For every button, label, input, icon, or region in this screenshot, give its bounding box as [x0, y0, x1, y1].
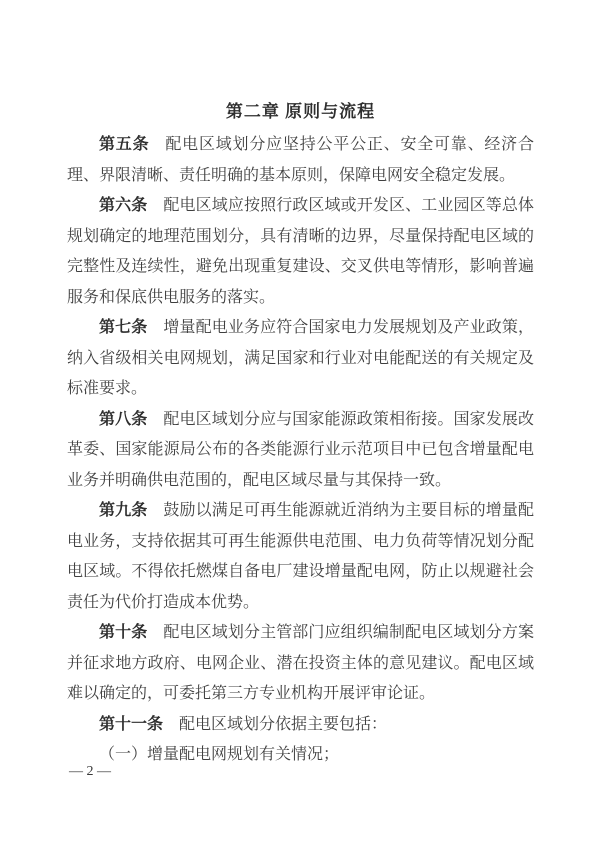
article-11-paragraph: 第十一条配电区域划分依据主要包括： — [67, 710, 534, 741]
article-5-label: 第五条 — [99, 136, 149, 153]
document-page: 第二章 原则与流程 第五条配电区域划分应坚持公平公正、安全可靠、经济合理、界限清… — [0, 0, 608, 855]
clause-item-1: （一）增量配电网规划有关情况； — [67, 740, 534, 771]
article-5-paragraph: 第五条配电区域划分应坚持公平公正、安全可靠、经济合理、界限清晰、责任明确的基本原… — [67, 130, 534, 191]
article-7-label: 第七条 — [99, 319, 147, 336]
document-content: 第二章 原则与流程 第五条配电区域划分应坚持公平公正、安全可靠、经济合理、界限清… — [67, 96, 534, 771]
article-6-label: 第六条 — [99, 197, 147, 214]
article-9-paragraph: 第九条鼓励以满足可再生能源就近消纳为主要目标的增量配电业务，支持依据其可再生能源… — [67, 496, 534, 618]
article-8-paragraph: 第八条配电区域划分应与国家能源政策相衔接。国家发展改革委、国家能源局公布的各类能… — [67, 405, 534, 497]
article-6-paragraph: 第六条配电区域应按照行政区域或开发区、工业园区等总体规划确定的地理范围划分，具有… — [67, 191, 534, 313]
chapter-title: 第二章 原则与流程 — [67, 96, 534, 128]
page-number: — 2 — — [69, 762, 111, 782]
article-11-label: 第十一条 — [99, 716, 163, 733]
article-7-paragraph: 第七条增量配电业务应符合国家电力发展规划及产业政策，纳入省级相关电网规划，满足国… — [67, 313, 534, 405]
article-10-paragraph: 第十条配电区域划分主管部门应组织编制配电区域划分方案并征求地方政府、电网企业、潜… — [67, 618, 534, 710]
article-9-label: 第九条 — [99, 502, 147, 519]
article-11-text: 配电区域划分依据主要包括： — [179, 716, 387, 733]
article-10-label: 第十条 — [99, 624, 147, 641]
article-8-label: 第八条 — [99, 411, 147, 428]
